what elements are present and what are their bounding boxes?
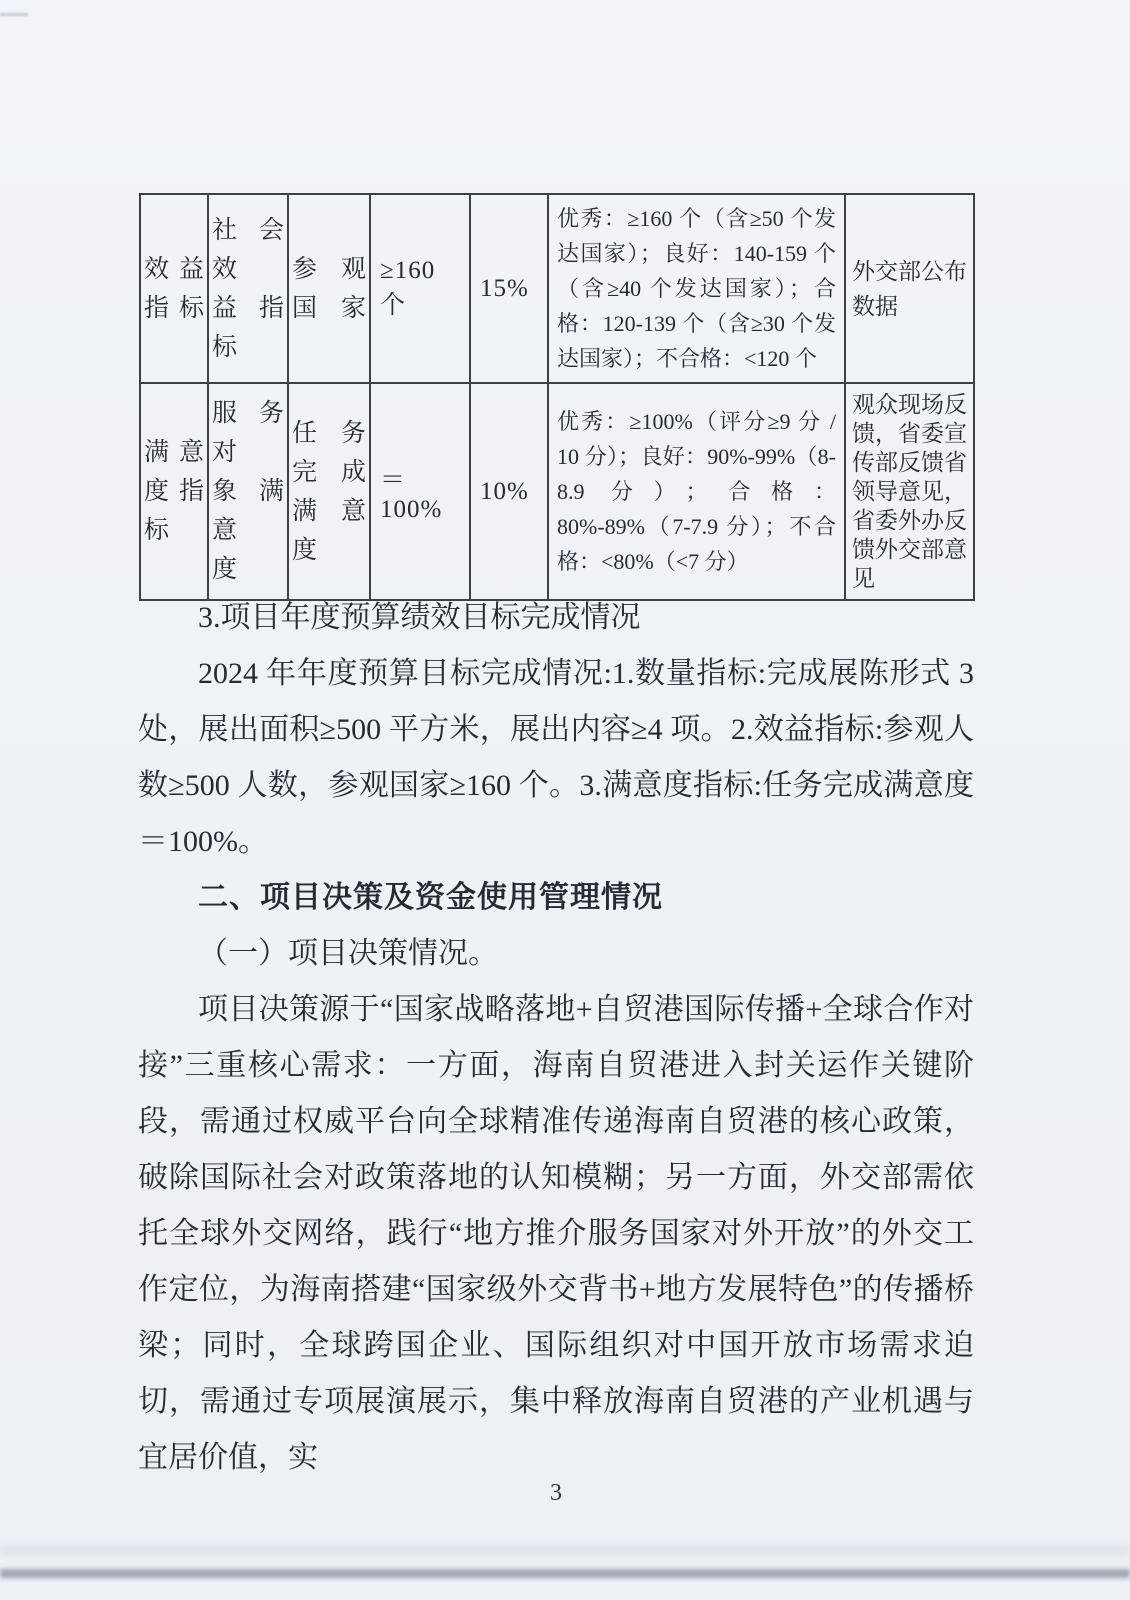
cell-target-value: ≥160 个 [370, 194, 470, 383]
paragraph-2024-completion: 2024 年年度预算目标完成情况:1.数量指标:完成展陈形式 3 处，展出面积≥… [138, 646, 974, 870]
section3-heading: 3.项目年度预算绩效目标完成情况 [138, 590, 974, 646]
cell-indicator-subcategory: 服务对 象满意 度 [208, 383, 288, 600]
table-row-benefit-indicator: 效益 指标 社会效 益指标 参观 国家 ≥160 个 15% 优秀：≥160 个… [140, 194, 974, 383]
scan-artifact-top-left [0, 13, 28, 16]
cell-grading-criteria: 优秀：≥160 个（含≥50 个发达国家）；良好：140-159 个（含≥40 … [548, 194, 845, 383]
cell-weight: 15% [470, 194, 548, 383]
cell-indicator-name: 参观 国家 [288, 194, 370, 383]
cell-grading-criteria: 优秀：≥100%（评分≥9 分 / 10 分）；良好：90%-99%（8-8.9… [548, 383, 845, 600]
page-number: 3 [138, 1480, 974, 1507]
cell-indicator-name: 任务 完成 满意 度 [288, 383, 370, 600]
cell-indicator-category: 效益 指标 [140, 194, 208, 383]
section2-heading: 二、项目决策及资金使用管理情况 [138, 870, 974, 926]
cell-indicator-subcategory: 社会效 益指标 [208, 194, 288, 383]
cell-indicator-category: 满意 度指 标 [140, 383, 208, 600]
cell-data-source: 观众现场反馈，省委宣传部反馈省领导意见，省委外办反馈外交部意见 [845, 383, 974, 600]
performance-indicators-table: 效益 指标 社会效 益指标 参观 国家 ≥160 个 15% 优秀：≥160 个… [139, 193, 975, 601]
scanned-document-page: 效益 指标 社会效 益指标 参观 国家 ≥160 个 15% 优秀：≥160 个… [0, 0, 1130, 1600]
scan-artifact-band-light [0, 1546, 1130, 1554]
document-body: 3.项目年度预算绩效目标完成情况 2024 年年度预算目标完成情况:1.数量指标… [138, 590, 974, 1486]
table-row-satisfaction-indicator: 满意 度指 标 服务对 象满意 度 任务 完成 满意 度 ＝100% 10% 优… [140, 383, 974, 600]
subsection-heading: （一）项目决策情况。 [138, 926, 974, 982]
scan-artifact-band-dark [0, 1569, 1130, 1578]
cell-data-source: 外交部公布数据 [845, 194, 974, 383]
cell-weight: 10% [470, 383, 548, 600]
paragraph-project-decision: 项目决策源于“国家战略落地+自贸港国际传播+全球合作对接”三重核心需求：一方面，… [138, 982, 974, 1486]
cell-target-value: ＝100% [370, 383, 470, 600]
